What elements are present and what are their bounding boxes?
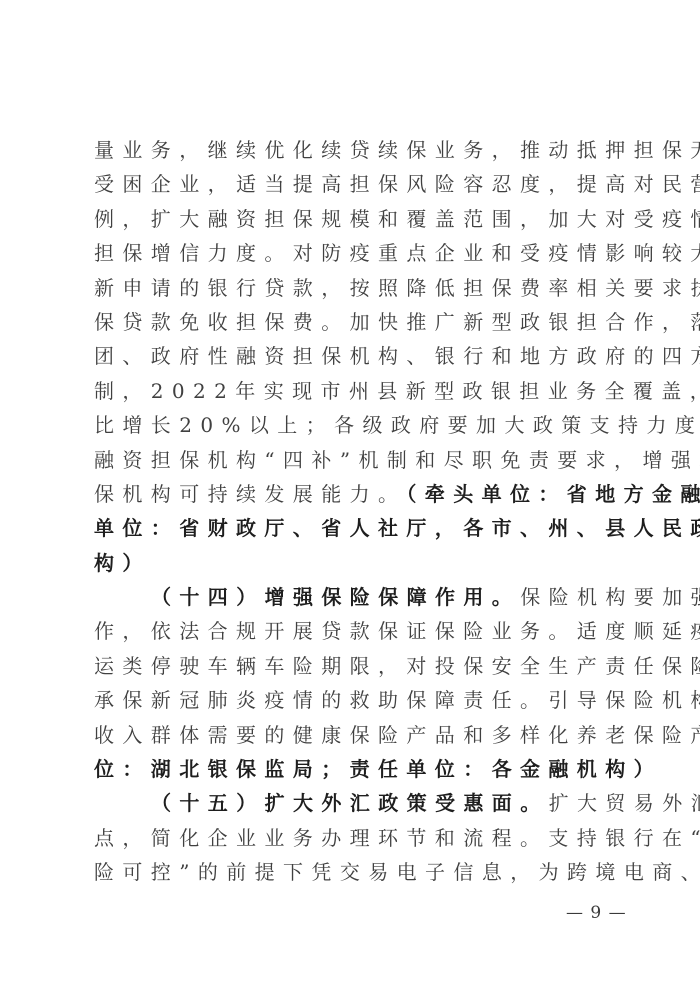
text-line-17: 承保新冠肺炎疫情的救助保障责任。引导保险机构发展满足不同 [94, 683, 614, 717]
responsible-unit-note: 构） [94, 551, 151, 575]
text-line-16: 运类停驶车辆车险期限，对投保安全生产责任保险的企业，扩展 [94, 649, 614, 683]
text-line-7: 团、政府性融资担保机构、银行和地方政府的四方风险分担机 [94, 339, 614, 373]
text-line-21: 点，简化企业业务办理环节和流程。支持银行在“交易留痕、风 [94, 821, 614, 855]
text-segment: 融资担保机构“四补”机制和尽职免责要求，增强政府性融资担 [94, 448, 700, 472]
text-segment: 新申请的银行贷款，按照降低担保费率相关要求执行；对创业担 [94, 276, 700, 300]
text-line-12: 单位：省财政厅、省人社厅，各市、州、县人民政府，各金融机 [94, 511, 614, 545]
text-line-2: 受困企业，适当提高担保风险容忍度，提高对民营企业担保比 [94, 167, 614, 201]
text-line-13: 构） [94, 546, 614, 580]
section-heading-15: （十五）扩大外汇政策受惠面。 [151, 791, 549, 815]
text-segment: 险可控”的前提下凭交易电子信息，为跨境电商、外贸综合服务 [94, 860, 700, 884]
text-segment: 制，2022年实现市州县新型政银担业务全覆盖，力争业务量同 [94, 379, 700, 403]
text-segment: 收入群体需要的健康保险产品和多样化养老保险产品。 [94, 723, 700, 747]
text-line-22: 险可控”的前提下凭交易电子信息，为跨境电商、外贸综合服务 [94, 855, 614, 889]
text-segment: 运类停驶车辆车险期限，对投保安全生产责任保险的企业，扩展 [94, 654, 700, 678]
text-line-8: 制，2022年实现市州县新型政银担业务全覆盖，力争业务量同 [94, 374, 614, 408]
text-segment: 承保新冠肺炎疫情的救助保障责任。引导保险机构发展满足不同 [94, 688, 700, 712]
text-line-20: （十五）扩大外汇政策受惠面。扩大贸易外汇收支便利化试 [94, 786, 614, 820]
page-number: — 9 — [566, 903, 627, 923]
text-line-9: 比增长20%以上；各级政府要加大政策支持力度，落实政府性 [94, 408, 614, 442]
text-segment: 保险机构要加强与银行机构合 [520, 585, 700, 609]
text-segment: 量业务，继续优化续贷续保业务，推动抵押担保无缝对接；针对 [94, 138, 700, 162]
text-line-18: 收入群体需要的健康保险产品和多样化养老保险产品。（牵头单 [94, 718, 614, 752]
text-line-15: 作，依法合规开展贷款保证保险业务。适度顺延疫情严重地区营 [94, 614, 614, 648]
text-line-6: 保贷款免收担保费。加快推广新型政银担合作，落实省再担保集 [94, 305, 614, 339]
text-segment: 受困企业，适当提高担保风险容忍度，提高对民营企业担保比 [94, 172, 700, 196]
text-line-14: （十四）增强保险保障作用。保险机构要加强与银行机构合 [94, 580, 614, 614]
text-segment: 扩大贸易外汇收支便利化试 [549, 791, 700, 815]
text-segment: 担保增信力度。对防疫重点企业和受疫情影响较大的中小微企业 [94, 241, 700, 265]
text-segment: 比增长20%以上；各级政府要加大政策支持力度，落实政府性 [94, 413, 700, 437]
responsible-unit-note: 单位：省财政厅、省人社厅，各市、州、县人民政府，各金融机 [94, 516, 700, 540]
section-heading-14: （十四）增强保险保障作用。 [151, 585, 520, 609]
text-line-19: 位：湖北银保监局；责任单位：各金融机构） [94, 752, 614, 786]
text-segment: 作，依法合规开展贷款保证保险业务。适度顺延疫情严重地区营 [94, 619, 700, 643]
text-line-5: 新申请的银行贷款，按照降低担保费率相关要求执行；对创业担 [94, 271, 614, 305]
text-line-1: 量业务，继续优化续贷续保业务，推动抵押担保无缝对接；针对 [94, 133, 614, 167]
text-line-11: 保机构可持续发展能力。（牵头单位：省地方金融监管局；责任 [94, 477, 614, 511]
text-line-4: 担保增信力度。对防疫重点企业和受疫情影响较大的中小微企业 [94, 236, 614, 270]
document-page: 量业务，继续优化续贷续保业务，推动抵押担保无缝对接；针对 受困企业，适当提高担保… [0, 0, 700, 990]
text-segment: 例，扩大融资担保规模和覆盖范围，加大对受疫情影响市场主体 [94, 207, 700, 231]
text-segment: 点，简化企业业务办理环节和流程。支持银行在“交易留痕、风 [94, 826, 700, 850]
text-segment: 团、政府性融资担保机构、银行和地方政府的四方风险分担机 [94, 344, 700, 368]
body-text: 量业务，继续优化续贷续保业务，推动抵押担保无缝对接；针对 受困企业，适当提高担保… [94, 133, 614, 890]
text-segment: 保机构可持续发展能力。 [94, 482, 406, 506]
responsible-unit-note: 位：湖北银保监局；责任单位：各金融机构） [94, 757, 662, 781]
text-segment: 保贷款免收担保费。加快推广新型政银担合作，落实省再担保集 [94, 310, 700, 334]
text-line-10: 融资担保机构“四补”机制和尽职免责要求，增强政府性融资担 [94, 443, 614, 477]
responsible-unit-note: （牵头单位：省地方金融监管局；责任 [406, 482, 700, 506]
text-line-3: 例，扩大融资担保规模和覆盖范围，加大对受疫情影响市场主体 [94, 202, 614, 236]
